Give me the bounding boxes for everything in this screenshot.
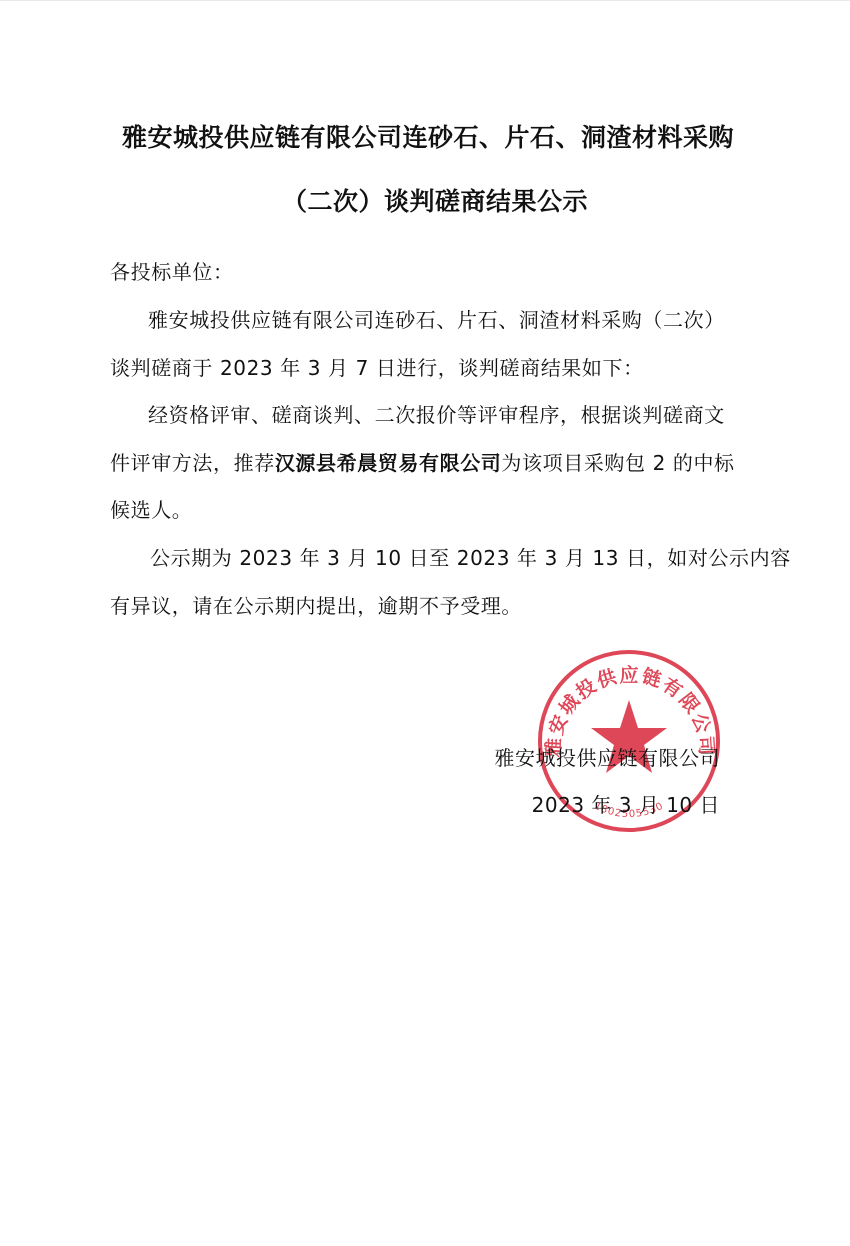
paragraph-2-line-3: 候选人。 [110,497,192,523]
paragraph-2-text-before: 件评审方法，推荐 [110,451,275,475]
document-title-line-2: （二次）谈判磋商结果公示 [282,182,588,218]
signature-organization: 雅安城投供应链有限公司 [495,742,721,771]
salutation: 各投标单位： [110,259,234,285]
paragraph-3-line-1: 公示期为 2023 年 3 月 10 日至 2023 年 3 月 13 日，如对… [150,545,720,571]
document-title-line-1: 雅安城投供应链有限公司连砂石、片石、洞渣材料采购 [0,118,734,154]
signature-date: 2023 年 3 月 10 日 [532,789,720,818]
paragraph-3-line-2: 有异议，请在公示期内提出，逾期不予受理。 [110,593,522,619]
paragraph-2-text-after: 为该项目采购包 2 的中标 [501,451,734,475]
document-page: 雅安城投供应链有限公司连砂石、片石、洞渣材料采购 （二次）谈判磋商结果公示 各投… [0,0,850,1246]
paragraph-2-line-2: 件评审方法，推荐汉源县希晨贸易有限公司为该项目采购包 2 的中标 [110,450,720,476]
recommended-company: 汉源县希晨贸易有限公司 [275,451,502,475]
paragraph-1-line-2: 谈判磋商于 2023 年 3 月 7 日进行，谈判磋商结果如下： [110,355,644,381]
scan-edge [0,0,850,9]
paragraph-2-line-1: 经资格评审、磋商谈判、二次报价等评审程序，根据谈判磋商文 [148,402,720,428]
paragraph-1-line-1: 雅安城投供应链有限公司连砂石、片石、洞渣材料采购（二次） [148,307,720,333]
